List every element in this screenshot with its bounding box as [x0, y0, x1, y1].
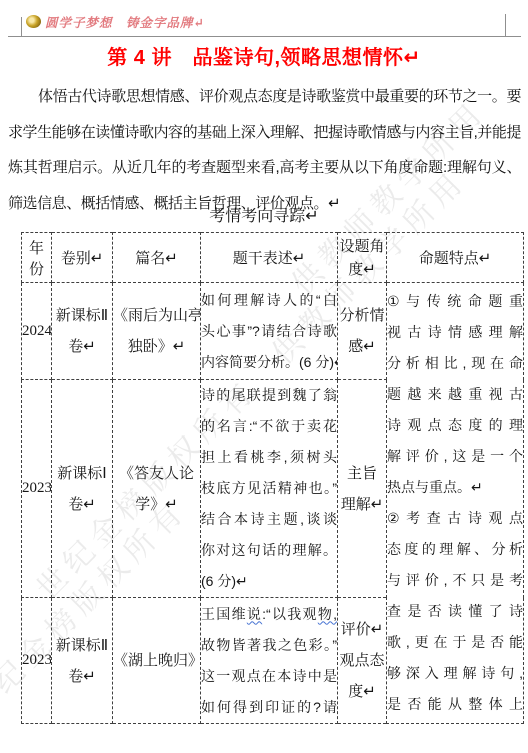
year-cell: 2023	[22, 598, 52, 724]
header-angle: 设题角 度↵	[338, 233, 387, 283]
poem-cell: 《雨后为山亭 独卧》↵	[113, 283, 201, 380]
angle-line: 观点态	[338, 645, 386, 676]
volume-cell: 新课标Ⅱ 卷↵	[52, 283, 113, 380]
volume-line: 卷↵	[52, 489, 112, 520]
question-line: 这一观点在本诗中是	[201, 661, 337, 692]
question-line: 担上看桃李,须树头	[201, 442, 337, 473]
poem-line: 《答友人论	[113, 458, 200, 489]
volume-line: 卷↵	[52, 661, 112, 692]
year-cell: 2023	[22, 380, 52, 598]
brand-slogan: 圆学子梦想 铸金字品牌↵	[45, 13, 205, 31]
table-row: 2024 新课标Ⅱ 卷↵ 《雨后为山亭 独卧》↵ 如何理解诗人的“白 头心事”?…	[22, 283, 524, 380]
spellcheck-underlined-text: 说	[247, 606, 262, 622]
header-rule	[8, 36, 521, 37]
volume-line: 新课标Ⅱ	[52, 630, 112, 661]
question-line: 如何得到印证的?请	[201, 692, 337, 723]
angle-cell: 分析情 感↵	[338, 283, 387, 380]
poem-line: 《湖上晚归》↵	[113, 645, 200, 676]
question-text: :“以我观	[262, 606, 318, 622]
volume-line: 新课标Ⅱ	[52, 300, 112, 331]
feature-line: 题越来越重视古	[387, 379, 523, 410]
question-line: 内容简要分析。(6 分)↵	[201, 347, 337, 378]
header-question: 题干表述↵	[201, 233, 338, 283]
question-line: 的名言:“不欲于卖花	[201, 411, 337, 442]
intro-paragraph: 体悟古代诗歌思想情感、评价观点态度是诗歌鉴赏中最重要的环节之一。要求学生能够在读…	[8, 79, 521, 221]
brand-logo-icon	[26, 15, 41, 28]
feature-line: 解评价,这是一个	[387, 441, 523, 472]
poem-cell: 《答友人论 学》↵	[113, 380, 201, 598]
question-line: 故物皆著我之色彩。”	[201, 630, 337, 661]
question-text: 王国维	[201, 606, 247, 622]
feature-line: 够深入理解诗句,	[387, 658, 523, 689]
angle-line: 分析情	[338, 300, 386, 331]
angle-line: 感↵	[338, 331, 386, 362]
feature-line: 与评价,不只是考	[387, 565, 523, 596]
feature-line: 诗观点态度的理	[387, 410, 523, 441]
angle-line: 评价↵	[338, 614, 386, 645]
feature-line: 态度的理解、分析	[387, 534, 523, 565]
question-line: 你对这句话的理解。	[201, 535, 337, 566]
feature-line: ②考查古诗观点	[387, 503, 523, 534]
angle-line: 度↵	[338, 676, 386, 707]
header-tick-left	[21, 17, 22, 36]
document-page: 世纪金榜版权所有 世纪金榜版权所有 供教师教学所用 供教师教学所用 圆学子梦想 …	[0, 0, 528, 753]
question-line: 头心事”?请结合诗歌	[201, 316, 337, 347]
question-line: 结合本诗主题,谈谈	[201, 504, 337, 535]
feature-line: 视古诗情感理解	[387, 317, 523, 348]
angle-cell: 主旨 理解↵	[338, 380, 387, 598]
poem-line: 《雨后为山亭	[113, 300, 200, 331]
question-line: 枝底方见活精神也。”	[201, 473, 337, 504]
angle-cell: 评价↵ 观点态 度↵	[338, 598, 387, 724]
volume-cell: 新课标Ⅰ 卷↵	[52, 380, 113, 598]
header-tick-right	[505, 14, 506, 36]
angle-line: 理解↵	[338, 489, 386, 520]
header-poem: 篇名↵	[113, 233, 201, 283]
feature-line: ①与传统命题重	[387, 286, 523, 317]
feature-line: 分析相比,现在命	[387, 348, 523, 379]
question-line: 王国维说:“以我观物,	[201, 599, 337, 630]
question-cell: 如何理解诗人的“白 头心事”?请结合诗歌 内容简要分析。(6 分)↵	[201, 283, 338, 380]
header-volume: 卷别↵	[52, 233, 113, 283]
poem-line: 独卧》↵	[113, 331, 200, 362]
spellcheck-underlined-text: 物,	[318, 606, 337, 622]
exam-analysis-table: 年份 卷别↵ 篇名↵ 题干表述↵ 设题角 度↵ 命题特点↵ 2024 新课标Ⅱ …	[21, 232, 524, 724]
poem-cell: 《湖上晚归》↵	[113, 598, 201, 724]
volume-line: 新课标Ⅰ	[52, 458, 112, 489]
angle-line: 主旨	[338, 458, 386, 489]
feature-line: 歌,更在于是否能	[387, 627, 523, 658]
volume-cell: 新课标Ⅱ 卷↵	[52, 598, 113, 724]
question-cell: 王国维说:“以我观物, 故物皆著我之色彩。” 这一观点在本诗中是 如何得到印证的…	[201, 598, 338, 724]
question-line: 诗的尾联提到魏了翁	[201, 380, 337, 411]
year-cell: 2024	[22, 283, 52, 380]
volume-line: 卷↵	[52, 331, 112, 362]
header-year: 年份	[22, 233, 52, 283]
header-feature: 命题特点↵	[387, 233, 524, 283]
poem-line: 学》↵	[113, 489, 200, 520]
table-header-row: 年份 卷别↵ 篇名↵ 题干表述↵ 设题角 度↵ 命题特点↵	[22, 233, 524, 283]
question-line: (6 分)↵	[201, 566, 337, 597]
header-angle-line: 设题角	[338, 235, 386, 258]
lesson-title: 第 4 讲 品鉴诗句,领略思想情怀↵	[0, 41, 528, 70]
question-cell: 诗的尾联提到魏了翁 的名言:“不欲于卖花 担上看桃李,须树头 枝底方见活精神也。…	[201, 380, 338, 598]
feature-cell: ①与传统命题重 视古诗情感理解 分析相比,现在命 题越来越重视古 诗观点态度的理…	[387, 283, 524, 724]
question-line: 如何理解诗人的“白	[201, 285, 337, 316]
feature-line: 是否能从整体上	[387, 689, 523, 720]
header-angle-line: 度↵	[338, 258, 386, 281]
feature-line: 热点与重点。↵	[387, 472, 523, 503]
section-title: 考情考向寻踪↵	[0, 203, 528, 226]
feature-line: 查是否读懂了诗	[387, 596, 523, 627]
